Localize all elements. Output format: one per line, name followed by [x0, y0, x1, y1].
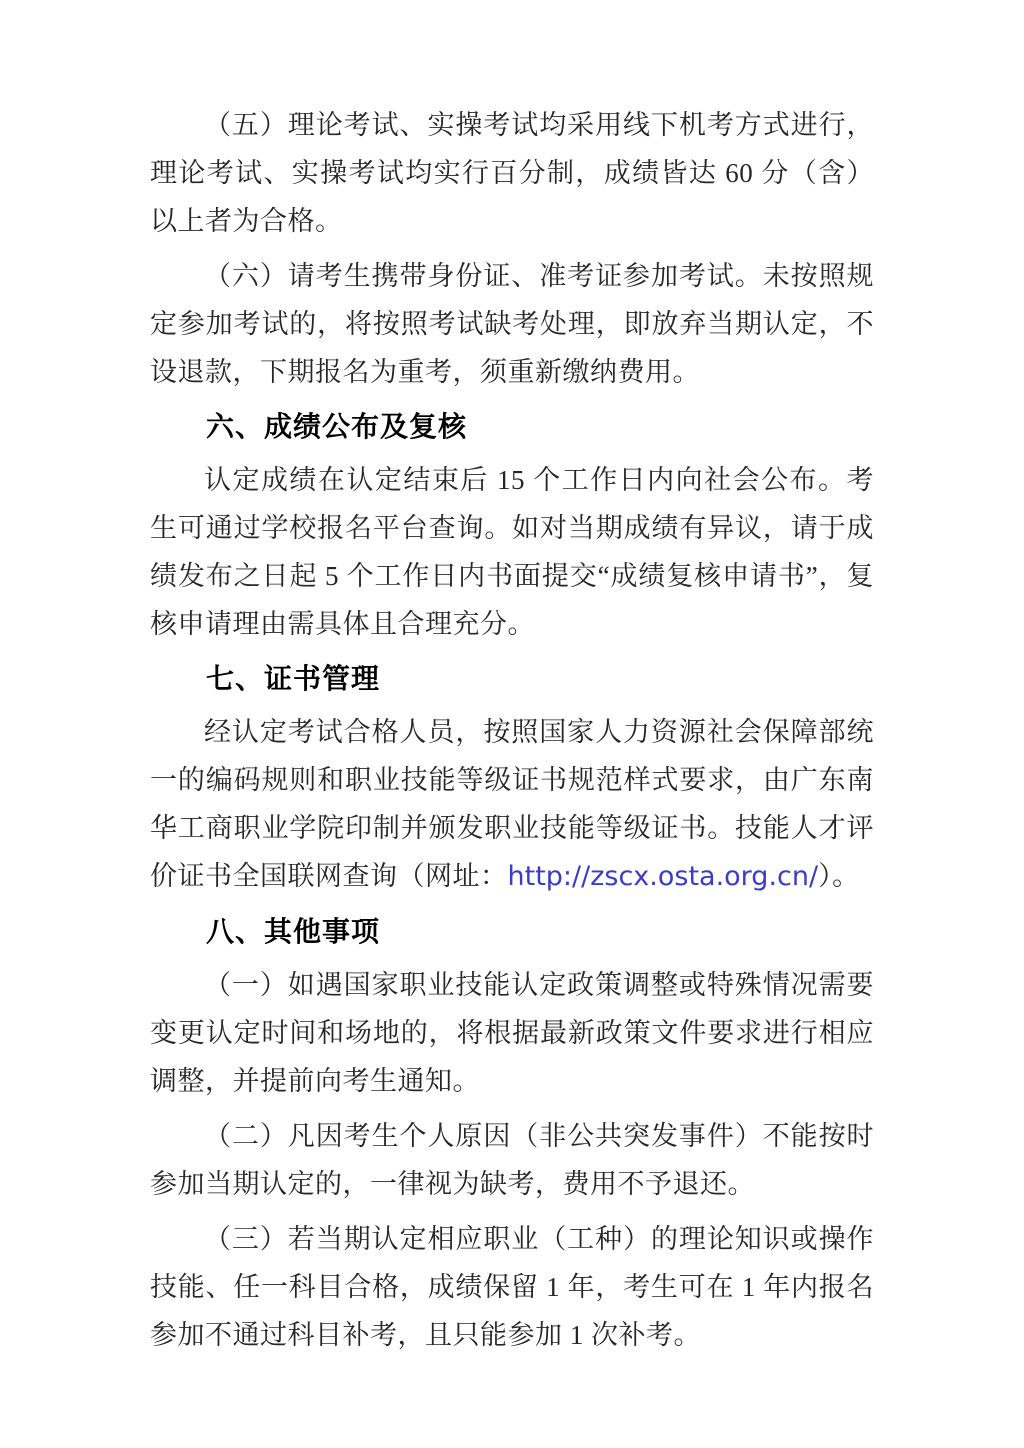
- certificate-query-link[interactable]: http://zscx.osta.org.cn/: [508, 861, 819, 892]
- heading-section-8-other-matters: 八、其他事项: [150, 908, 874, 956]
- paragraph-other-3-score-retention: （三）若当期认定相应职业（工种）的理论知识或操作技能、任一科目合格，成绩保留 1…: [150, 1215, 874, 1359]
- paragraph-item-6-exam-documents: （六）请考生携带身份证、准考证参加考试。未按照规定参加考试的，将按照考试缺考处理…: [150, 252, 874, 396]
- paragraph-item-5-exam-format: （五）理论考试、实操考试均采用线下机考方式进行，理论考试、实操考试均实行百分制，…: [150, 101, 874, 245]
- paragraph-other-2-personal-absence: （二）凡因考生个人原因（非公共突发事件）不能按时参加当期认定的，一律视为缺考，费…: [150, 1112, 874, 1208]
- paragraph-other-1-policy-changes: （一）如遇国家职业技能认定政策调整或特殊情况需要变更认定时间和场地的，将根据最新…: [150, 961, 874, 1105]
- heading-section-7-certificate-management: 七、证书管理: [150, 655, 874, 703]
- paragraph-certificate-management: 经认定考试合格人员，按照国家人力资源社会保障部统一的编码规则和职业技能等级证书规…: [150, 708, 874, 901]
- paragraph-score-publication-review: 认定成绩在认定结束后 15 个工作日内向社会公布。考生可通过学校报名平台查询。如…: [150, 456, 874, 648]
- document-page: （五）理论考试、实操考试均采用线下机考方式进行，理论考试、实操考试均实行百分制，…: [0, 0, 1024, 1448]
- heading-section-6-score-publication: 六、成绩公布及复核: [150, 403, 874, 451]
- document-body: （五）理论考试、实操考试均采用线下机考方式进行，理论考试、实操考试均实行百分制，…: [150, 101, 874, 1359]
- certificate-paragraph-post-text: ）。: [818, 861, 860, 891]
